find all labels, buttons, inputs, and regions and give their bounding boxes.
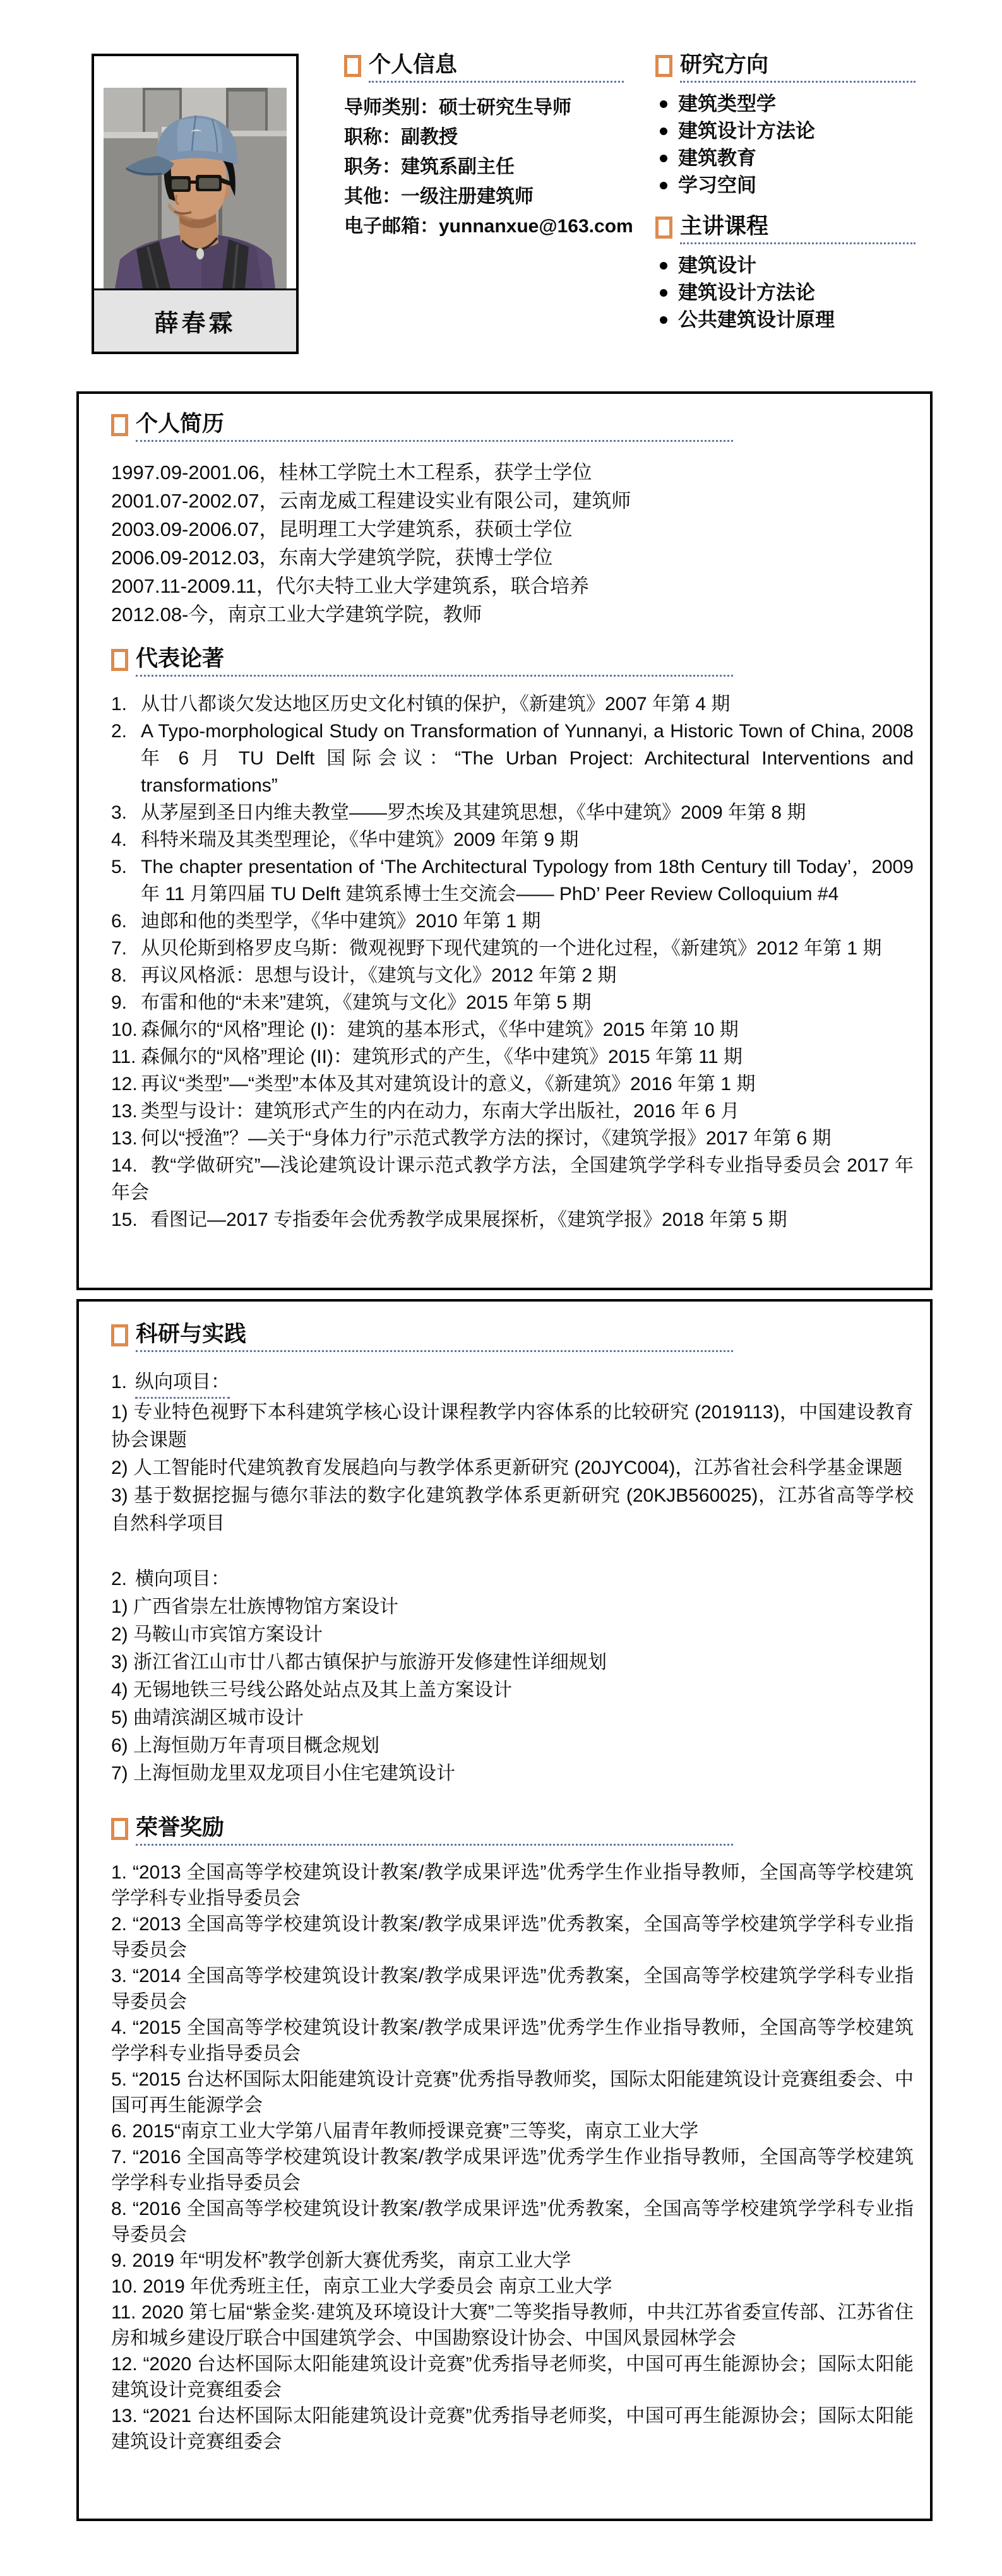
publication-item: 8. 再议风格派：思想与设计，《建筑与文化》2012 年第 2 期 bbox=[111, 962, 914, 989]
list-item: 建筑设计方法论 bbox=[655, 279, 947, 306]
list-item: 建筑设计 bbox=[655, 252, 947, 279]
resume-row: 2001.07-2002.07，云南龙威工程建设实业有限公司，建筑师 bbox=[111, 487, 914, 515]
section-marker-icon bbox=[111, 1818, 128, 1840]
publication-number: 1. bbox=[111, 691, 141, 718]
vertical-projects-heading: 1. 纵向项目： bbox=[111, 1368, 914, 1399]
publication-number: 14. bbox=[111, 1155, 138, 1176]
vertical-projects-list: 1) 专业特色视野下本科建筑学核心设计课程教学内容体系的比较研究 (201911… bbox=[111, 1399, 914, 1538]
project-item: 3) 基于数据挖掘与德尔菲法的数字化建筑教学体系更新研究 (20KJB56002… bbox=[111, 1482, 914, 1538]
research-directions-list: 建筑类型学 建筑设计方法论 建筑教育 学习空间 bbox=[655, 90, 947, 199]
publication-item: 13. 类型与设计：建筑形式产生的内在动力，东南大学出版社，2016 年 6 月 bbox=[111, 1098, 914, 1125]
name-strip: 薛春霖 bbox=[94, 288, 296, 352]
bullet-dot-icon bbox=[660, 155, 667, 162]
publication-number: 4. bbox=[111, 826, 141, 853]
publication-item: 15. 看图记—2017 专指委年会优秀教学成果展探析，《建筑学报》2018 年… bbox=[111, 1206, 914, 1233]
section-title: 个人信息 bbox=[369, 54, 457, 78]
heading-number: 2. bbox=[111, 1565, 127, 1593]
section-title: 荣誉奖励 bbox=[136, 1817, 224, 1841]
research-practice-content: 1. 纵向项目： 1) 专业特色视野下本科建筑学核心设计课程教学内容体系的比较研… bbox=[111, 1368, 914, 1788]
personal-info-rows: 导师类别：硕士研究生导师职称：副教授职务：建筑系副主任其他：一级注册建筑师电子邮… bbox=[344, 93, 644, 241]
dotted-underline: 科研与实践 bbox=[136, 1323, 733, 1352]
dotted-underline: 代表论著 bbox=[136, 648, 733, 677]
publication-number: 3. bbox=[111, 799, 141, 826]
dotted-underline: 个人简历 bbox=[136, 413, 733, 442]
list-item: 建筑类型学 bbox=[655, 90, 947, 117]
publication-item: 1. 从廿八都谈欠发达地区历史文化村镇的保护，《新建筑》2007 年第 4 期 bbox=[111, 691, 914, 718]
honor-item: 6. 2015“南京工业大学第八届青年教师授课竞赛”三等奖，南京工业大学 bbox=[111, 2118, 914, 2144]
horizontal-projects-heading: 2. 横向项目： bbox=[111, 1565, 914, 1593]
publication-text: The chapter presentation of ‘The Archite… bbox=[141, 853, 914, 908]
publication-item: 9. 布雷和他的“未来”建筑，《建筑与文化》2015 年第 5 期 bbox=[111, 989, 914, 1016]
publication-number: 13. bbox=[111, 1125, 141, 1152]
bullet-label: 建筑类型学 bbox=[678, 90, 776, 117]
heading-label: 纵向项目： bbox=[135, 1368, 230, 1399]
publication-text: 从贝伦斯到格罗皮乌斯：微观视野下现代建筑的一个进化过程，《新建筑》2012 年第… bbox=[141, 935, 914, 962]
honor-item: 12. “2020 台达杯国际太阳能建筑设计竞赛”优秀指导老师奖，中国可再生能源… bbox=[111, 2351, 914, 2403]
honor-item: 13. “2021 台达杯国际太阳能建筑设计竞赛”优秀指导老师奖，中国可再生能源… bbox=[111, 2403, 914, 2455]
bullet-label: 学习空间 bbox=[678, 172, 756, 199]
bullet-dot-icon bbox=[660, 262, 667, 270]
publication-text: 类型与设计：建筑形式产生的内在动力，东南大学出版社，2016 年 6 月 bbox=[141, 1098, 914, 1125]
publication-text: 从廿八都谈欠发达地区历史文化村镇的保护，《新建筑》2007 年第 4 期 bbox=[141, 691, 914, 718]
courses-list: 建筑设计 建筑设计方法论 公共建筑设计原理 bbox=[655, 252, 947, 333]
bullet-dot-icon bbox=[660, 316, 667, 324]
honor-item: 1. “2013 全国高等学校建筑设计教案/教学成果评选”优秀学生作业指导教师，… bbox=[111, 1860, 914, 1911]
dotted-underline: 研究方向 bbox=[680, 54, 916, 83]
publication-number: 2. bbox=[111, 718, 141, 799]
bullet-label: 建筑设计方法论 bbox=[678, 117, 815, 145]
research-directions-header: 研究方向 bbox=[655, 54, 916, 83]
publication-number: 15. bbox=[111, 1209, 138, 1230]
publication-item: 14. 教“学做研究”—浅论建筑设计课示范式教学方法，全国建筑学学科专业指导委员… bbox=[111, 1152, 914, 1206]
publication-item: 3. 从茅屋到圣日内维夫教堂——罗杰埃及其建筑思想，《华中建筑》2009 年第 … bbox=[111, 799, 914, 826]
bullet-label: 建筑教育 bbox=[678, 145, 756, 172]
publication-item: 4. 科特米瑞及其类型理论，《华中建筑》2009 年第 9 期 bbox=[111, 826, 914, 853]
section-title: 主讲课程 bbox=[680, 215, 768, 239]
resume-row: 2003.09-2006.07，昆明理工大学建筑系，获硕士学位 bbox=[111, 515, 914, 543]
section-title: 个人简历 bbox=[136, 413, 224, 437]
publication-text: 科特米瑞及其类型理论，《华中建筑》2009 年第 9 期 bbox=[141, 826, 914, 853]
info-row: 电子邮箱：yunnanxue@163.com bbox=[344, 211, 644, 241]
resume-list: 1997.09-2001.06，桂林工学院土木工程系，获学士学位2001.07-… bbox=[111, 458, 914, 629]
section-title: 研究方向 bbox=[680, 54, 768, 78]
section-title: 科研与实践 bbox=[136, 1323, 246, 1347]
project-item: 7) 上海恒勋龙里双龙项目小住宅建筑设计 bbox=[111, 1760, 914, 1788]
horizontal-projects-list: 1) 广西省崇左壮族博物馆方案设计2) 马鞍山市宾馆方案设计3) 浙江省江山市廿… bbox=[111, 1593, 914, 1788]
project-item: 5) 曲靖滨湖区城市设计 bbox=[111, 1704, 914, 1732]
project-item: 1) 广西省崇左壮族博物馆方案设计 bbox=[111, 1593, 914, 1621]
project-item: 6) 上海恒勋万年青项目概念规划 bbox=[111, 1732, 914, 1760]
publication-item: 12. 再议“类型”—“类型”本体及其对建筑设计的意义，《新建筑》2016 年第… bbox=[111, 1071, 914, 1098]
publication-text: 教“学做研究”—浅论建筑设计课示范式教学方法，全国建筑学学科专业指导委员会 20… bbox=[111, 1155, 914, 1203]
dotted-underline: 荣誉奖励 bbox=[136, 1817, 733, 1846]
dotted-underline: 个人信息 bbox=[369, 54, 624, 83]
honor-item: 5. “2015 台达杯国际太阳能建筑设计竞赛”优秀指导教师奖，国际太阳能建筑设… bbox=[111, 2067, 914, 2118]
publication-text: 何以“授渔”？—关于“身体力行”示范式教学方法的探讨，《建筑学报》2017 年第… bbox=[141, 1125, 914, 1152]
profile-photo bbox=[104, 88, 287, 288]
section-marker-icon bbox=[655, 217, 672, 239]
publication-item: 6. 迪郎和他的类型学，《华中建筑》2010 年第 1 期 bbox=[111, 908, 914, 935]
bullet-dot-icon bbox=[660, 100, 667, 108]
publication-number: 13. bbox=[111, 1098, 141, 1125]
right-column: 研究方向 建筑类型学 建筑设计方法论 建筑教育 学习空间 bbox=[655, 54, 947, 333]
honor-item: 7. “2016 全国高等学校建筑设计教案/教学成果评选”优秀学生作业指导教师，… bbox=[111, 2144, 914, 2196]
honor-item: 2. “2013 全国高等学校建筑设计教案/教学成果评选”优秀教案，全国高等学校… bbox=[111, 1911, 914, 1963]
honor-item: 3. “2014 全国高等学校建筑设计教案/教学成果评选”优秀教案，全国高等学校… bbox=[111, 1963, 914, 2015]
courses-section: 主讲课程 建筑设计 建筑设计方法论 公共建筑设计原理 bbox=[655, 215, 947, 333]
publication-item: 2. A Typo-morphological Study on Transfo… bbox=[111, 718, 914, 799]
list-item: 学习空间 bbox=[655, 172, 947, 199]
bullet-label: 建筑设计 bbox=[678, 252, 756, 279]
heading-number: 1. bbox=[111, 1368, 127, 1399]
bullet-dot-icon bbox=[660, 182, 667, 189]
list-item: 建筑设计方法论 bbox=[655, 117, 947, 145]
glasses bbox=[169, 175, 230, 192]
person-name: 薛春霖 bbox=[154, 304, 236, 338]
info-row: 其他：一级注册建筑师 bbox=[344, 182, 644, 211]
publication-text: 从茅屋到圣日内维夫教堂——罗杰埃及其建筑思想，《华中建筑》2009 年第 8 期 bbox=[141, 799, 914, 826]
publication-number: 12. bbox=[111, 1071, 141, 1098]
resume-row: 1997.09-2001.06，桂林工学院土木工程系，获学士学位 bbox=[111, 458, 914, 487]
publication-item: 10. 森佩尔的“风格”理论 (I)：建筑的基本形式，《华中建筑》2015 年第… bbox=[111, 1016, 914, 1043]
honor-item: 10. 2019 年优秀班主任，南京工业大学委员会 南京工业大学 bbox=[111, 2274, 914, 2300]
publication-number: 9. bbox=[111, 989, 141, 1016]
publication-text: 看图记—2017 专指委年会优秀教学成果展探析，《建筑学报》2018 年第 5 … bbox=[150, 1209, 787, 1230]
research-honors-box: 科研与实践 1. 纵向项目： 1) 专业特色视野下本科建筑学核心设计课程教学内容… bbox=[76, 1299, 933, 2521]
section-marker-icon bbox=[111, 414, 128, 436]
publication-number: 5. bbox=[111, 853, 141, 908]
publication-text: 布雷和他的“未来”建筑，《建筑与文化》2015 年第 5 期 bbox=[141, 989, 914, 1016]
resume-row: 2012.08-今，南京工业大学建筑学院，教师 bbox=[111, 600, 914, 629]
publication-text: 迪郎和他的类型学，《华中建筑》2010 年第 1 期 bbox=[141, 908, 914, 935]
bullet-dot-icon bbox=[660, 289, 667, 297]
project-item: 2) 人工智能时代建筑教育发展趋向与教学体系更新研究 (20JYC004)，江苏… bbox=[111, 1454, 914, 1482]
honor-item: 11. 2020 第七届“紫金奖·建筑及环境设计大赛”二等奖指导教师，中共江苏省… bbox=[111, 2300, 914, 2351]
honor-item: 8. “2016 全国高等学校建筑设计教案/教学成果评选”优秀教案，全国高等学校… bbox=[111, 2196, 914, 2248]
publication-number: 7. bbox=[111, 935, 141, 962]
resume-header: 个人简历 bbox=[111, 413, 733, 442]
research-practice-header: 科研与实践 bbox=[111, 1323, 733, 1352]
bullet-dot-icon bbox=[660, 128, 667, 135]
honors-list: 1. “2013 全国高等学校建筑设计教案/教学成果评选”优秀学生作业指导教师，… bbox=[111, 1860, 914, 2455]
bullet-label: 公共建筑设计原理 bbox=[678, 306, 835, 333]
honor-item: 4. “2015 全国高等学校建筑设计教案/教学成果评选”优秀学生作业指导教师，… bbox=[111, 2015, 914, 2067]
publication-text: 再议“类型”—“类型”本体及其对建筑设计的意义，《新建筑》2016 年第 1 期 bbox=[141, 1071, 914, 1098]
resume-row: 2007.11-2009.11，代尔夫特工业大学建筑系，联合培养 bbox=[111, 572, 914, 600]
section-marker-icon bbox=[111, 649, 128, 671]
heading-label: 横向项目： bbox=[135, 1565, 230, 1593]
publication-item: 7. 从贝伦斯到格罗皮乌斯：微观视野下现代建筑的一个进化过程，《新建筑》2012… bbox=[111, 935, 914, 962]
publication-text: 森佩尔的“风格”理论 (II)：建筑形式的产生，《华中建筑》2015 年第 11… bbox=[141, 1043, 914, 1071]
list-item: 建筑教育 bbox=[655, 145, 947, 172]
project-item: 1) 专业特色视野下本科建筑学核心设计课程教学内容体系的比较研究 (201911… bbox=[111, 1399, 914, 1454]
publication-text: A Typo-morphological Study on Transforma… bbox=[141, 718, 914, 799]
publication-number: 6. bbox=[111, 908, 141, 935]
publication-item: 5. The chapter presentation of ‘The Arch… bbox=[111, 853, 914, 908]
section-marker-icon bbox=[111, 1324, 128, 1346]
personal-info-section: 个人信息 导师类别：硕士研究生导师职称：副教授职务：建筑系副主任其他：一级注册建… bbox=[344, 54, 644, 241]
honor-item: 9. 2019 年“明发杯”教学创新大赛优秀奖，南京工业大学 bbox=[111, 2248, 914, 2274]
project-item: 3) 浙江省江山市廿八都古镇保护与旅游开发修建性详细规划 bbox=[111, 1649, 914, 1677]
personal-info-header: 个人信息 bbox=[344, 54, 624, 83]
profile-photo-box: 薛春霖 bbox=[92, 54, 299, 354]
resume-publications-box: 个人简历 1997.09-2001.06，桂林工学院土木工程系，获学士学位200… bbox=[76, 391, 933, 1290]
info-row: 导师类别：硕士研究生导师 bbox=[344, 93, 644, 122]
bullet-label: 建筑设计方法论 bbox=[678, 279, 815, 306]
research-directions-section: 研究方向 建筑类型学 建筑设计方法论 建筑教育 学习空间 bbox=[655, 54, 947, 199]
publication-text: 森佩尔的“风格”理论 (I)：建筑的基本形式，《华中建筑》2015 年第 10 … bbox=[141, 1016, 914, 1043]
resume-row: 2006.09-2012.03，东南大学建筑学院，获博士学位 bbox=[111, 543, 914, 572]
profile-photo-illustration bbox=[104, 88, 287, 288]
publications-list: 1. 从廿八都谈欠发达地区历史文化村镇的保护，《新建筑》2007 年第 4 期 … bbox=[111, 691, 914, 1233]
section-title: 代表论著 bbox=[136, 648, 224, 672]
publication-item: 13. 何以“授渔”？—关于“身体力行”示范式教学方法的探讨，《建筑学报》201… bbox=[111, 1125, 914, 1152]
project-item: 2) 马鞍山市宾馆方案设计 bbox=[111, 1621, 914, 1649]
publication-text: 再议风格派：思想与设计，《建筑与文化》2012 年第 2 期 bbox=[141, 962, 914, 989]
section-marker-icon bbox=[655, 55, 672, 77]
info-row: 职务：建筑系副主任 bbox=[344, 152, 644, 182]
publication-number: 11. bbox=[111, 1043, 141, 1071]
publications-header: 代表论著 bbox=[111, 648, 733, 677]
publication-number: 10. bbox=[111, 1016, 141, 1043]
project-item: 4) 无锡地铁三号线公路处站点及其上盖方案设计 bbox=[111, 1677, 914, 1704]
info-row: 职称：副教授 bbox=[344, 122, 644, 152]
courses-header: 主讲课程 bbox=[655, 215, 916, 244]
list-item: 公共建筑设计原理 bbox=[655, 306, 947, 333]
section-marker-icon bbox=[344, 55, 361, 77]
dotted-underline: 主讲课程 bbox=[680, 215, 916, 244]
spacer bbox=[111, 1538, 914, 1565]
honors-header: 荣誉奖励 bbox=[111, 1817, 733, 1846]
publication-item: 11. 森佩尔的“风格”理论 (II)：建筑形式的产生，《华中建筑》2015 年… bbox=[111, 1043, 914, 1071]
publication-number: 8. bbox=[111, 962, 141, 989]
